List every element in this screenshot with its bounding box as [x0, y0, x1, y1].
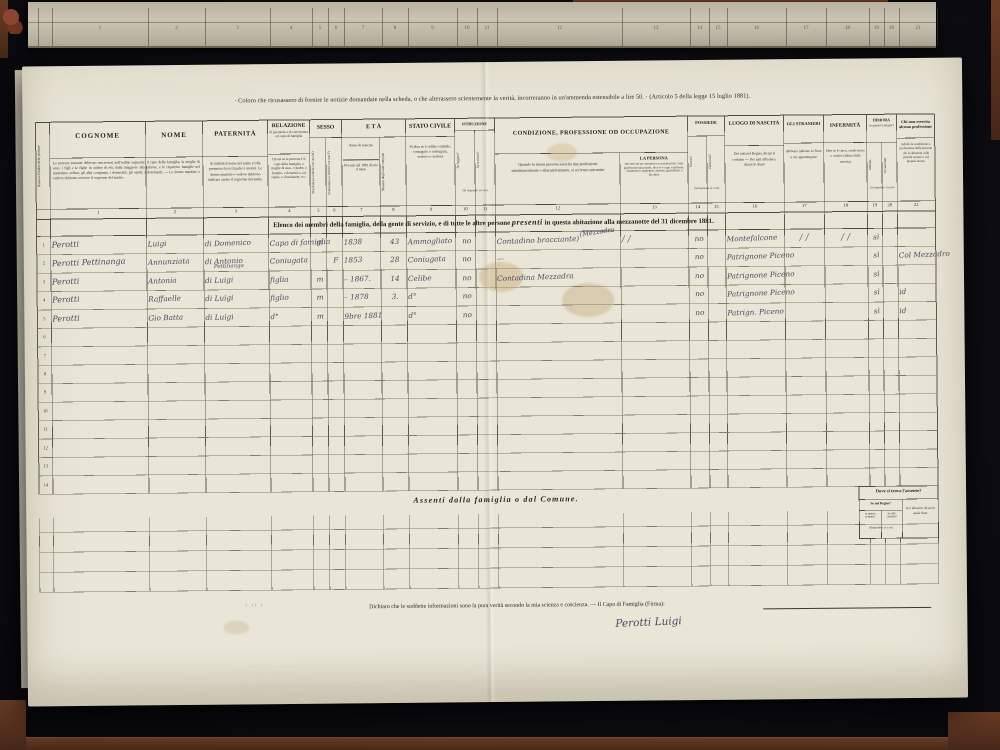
handwritten-entry-nome: Annunziata	[148, 257, 190, 268]
handwritten-entry-anno: – 1867.	[344, 274, 371, 284]
handwritten-entry-nome: Raffaelle	[148, 294, 181, 304]
handwritten-entry-stato: Coniugata	[408, 254, 446, 264]
column-number: 13	[620, 204, 688, 210]
row-number: 9	[38, 390, 52, 395]
handwritten-entry-chi: id	[899, 287, 906, 296]
handwritten-entry-abituale: sì	[868, 232, 883, 242]
wood-edge-right	[991, 0, 1000, 140]
handwritten-entry-cond-sup: (Mezzadro	[579, 225, 615, 238]
strip-column-number: 1	[52, 26, 148, 31]
handwritten-entry-paternita: di Domenico	[205, 238, 252, 249]
wood-corner-bottom-left	[0, 700, 26, 750]
row-number: 1	[37, 242, 51, 247]
handwritten-entry-anno: 1853	[344, 255, 363, 265]
column-number: 12	[495, 205, 620, 211]
handwritten-entry-anni: 43	[381, 236, 407, 246]
row-number: 6	[38, 334, 52, 339]
column-number: 11	[475, 206, 495, 211]
strip-column-number: 12	[497, 26, 622, 31]
column-number: 4	[268, 208, 310, 213]
handwritten-entry-cognome: Perotti	[52, 240, 80, 250]
handwritten-entry-terreni: no	[689, 234, 708, 244]
column-number: 20	[882, 202, 897, 207]
row-number: 11	[38, 427, 52, 432]
handwritten-entry-nome: Luigi	[147, 239, 166, 249]
strip-column-number: 7	[344, 26, 382, 31]
row-number: 3	[37, 279, 51, 284]
column-number: 3	[203, 208, 268, 214]
strip-column-number: 11	[477, 26, 497, 31]
handwritten-entry-paternita-sub: Pettinanga	[214, 263, 244, 270]
handwritten-entry-infermita: ∕∕	[825, 232, 868, 244]
strip-column-number: 13	[622, 26, 690, 31]
column-number: 21	[897, 202, 935, 207]
column-number: 6	[326, 207, 342, 212]
strip-column-number: 6	[328, 26, 344, 31]
handwritten-entry-anno: – 1878	[344, 292, 369, 302]
row-number: 13	[39, 463, 53, 468]
handwritten-entry-relazione: figlia	[270, 275, 289, 285]
wood-edge-bottom	[0, 737, 1000, 750]
column-number: 10	[455, 206, 475, 211]
handwritten-entry-abituale: sì	[869, 287, 884, 297]
handwritten-entry-stato: d°	[408, 310, 417, 319]
handwritten-entry-nome: Antonia	[148, 276, 177, 286]
census-sheet: · Coloro che ricusassero di fornire le n…	[22, 58, 968, 707]
handwritten-entry-abituale: sì	[869, 269, 884, 279]
row-number: 5	[37, 316, 51, 321]
handwritten-entry-persona: ∕∕	[621, 234, 633, 244]
handwritten-entry-terreni: no	[690, 252, 709, 262]
handwritten-entry-chi: Col Mezzadro	[899, 249, 950, 260]
strip-column-number: 10	[457, 26, 477, 31]
handwritten-entry-stato: d°	[408, 292, 417, 301]
strip-column-number: 18	[826, 26, 869, 31]
wood-corner-bottom-right	[948, 712, 1000, 750]
handwritten-entry-anno: 9bre 1881	[344, 310, 382, 320]
handwritten-entry-anni: 3.	[382, 292, 408, 302]
strip-column-number: 5	[312, 26, 328, 31]
row-number: 4	[37, 298, 51, 303]
handwritten-entry-cognome: Perotti	[52, 276, 80, 286]
handwritten-entry-legge: no	[456, 236, 476, 246]
strip-column-number: 21	[899, 26, 937, 31]
handwritten-entry-luogo: Patrignone Piceno	[727, 287, 795, 299]
row-number: 12	[39, 445, 53, 450]
handwritten-entry-paternita: di Luigi	[205, 312, 234, 322]
handwritten-entry-terreni: no	[690, 307, 709, 317]
handwritten-entry-sessoM: m	[312, 311, 328, 321]
strip-column-number: 2	[148, 26, 205, 31]
handwritten-entry-paternita: di Luigi	[205, 293, 234, 303]
strip-rule	[28, 22, 936, 23]
strip-column-number: 19	[869, 26, 884, 31]
handwritten-entry-cognome: Perotti Pettinanga	[52, 257, 126, 269]
column-number: 2	[146, 209, 203, 215]
column-number: 5	[310, 208, 326, 213]
handwritten-entry-relazione: Coniugata	[270, 256, 308, 266]
handwritten-entry-stranieri: ∕∕	[785, 232, 825, 243]
handwritten-entry-legge: no	[457, 254, 477, 264]
strip-column-number: 17	[786, 26, 826, 31]
strip-column-number: 8	[382, 26, 408, 31]
handwritten-entry-anni: 28	[382, 255, 408, 265]
column-number: 8	[380, 207, 406, 212]
column-number: 9	[406, 206, 455, 211]
handwritten-entry-terreni: no	[690, 289, 709, 299]
strip-column-number: 20	[884, 26, 899, 31]
handwritten-entry-cond: Contadina Mezzadra	[497, 271, 574, 283]
handwritten-entry-abituale: sì	[869, 250, 884, 260]
handwritten-entry-paternita: di Luigi	[205, 275, 234, 285]
handwritten-entry-sessoM: m	[312, 274, 328, 284]
handwritten-entry-legge: no	[457, 291, 477, 301]
handwritten-entry-abituale: sì	[869, 306, 884, 316]
handwritten-entry-terreni: no	[690, 271, 709, 281]
row-number: 14	[39, 482, 53, 487]
row-number: 8	[38, 371, 52, 376]
column-number: 7	[342, 207, 380, 212]
handwritten-entry-relazione: d°	[270, 312, 279, 321]
column-number: 18	[824, 202, 867, 207]
upper-sheet-edge-strip: 123456789101112131415161718192021	[28, 2, 936, 48]
handwritten-entry-sessoF: F	[328, 256, 344, 266]
wax-seal-marks	[3, 8, 23, 34]
handwritten-entry-sessoM: m	[312, 293, 328, 303]
strip-column-number: 9	[408, 26, 457, 31]
strip-column-number: 16	[727, 26, 786, 31]
handwritten-entry-luogo: Patrignone Piceno	[727, 251, 795, 263]
handwritten-entry-anni: 14	[382, 273, 408, 283]
row-number: 2	[37, 261, 51, 266]
column-number: 19	[867, 202, 882, 207]
handwritten-entry-cognome: Perotti	[52, 295, 80, 305]
row-number: 10	[38, 408, 52, 413]
handwritten-entry-legge: no	[457, 273, 477, 283]
handwritten-entry-sessoM: m	[311, 237, 327, 247]
strip-cell-line	[38, 8, 39, 46]
handwritten-entry-cond: —	[497, 254, 505, 263]
handwritten-entry-luogo: Montefalcone	[726, 233, 777, 244]
handwritten-entry-luogo: Patrignone Piceno	[727, 269, 795, 281]
column-number: 14	[688, 204, 707, 209]
photographed-census-sheet-scene: { "page": { "warning": "· Coloro che ric…	[0, 0, 1000, 750]
handwritten-entry-anno: 1838	[343, 237, 362, 247]
column-number: 1	[50, 209, 146, 215]
handwritten-entry-stato: Celibe	[408, 273, 432, 283]
column-number: 17	[784, 203, 824, 208]
handwritten-entry-cognome: Perotti	[52, 313, 80, 323]
entries-layer: 1234567891011121314151617181920211Perott…	[22, 58, 968, 707]
handwritten-entry-legge: no	[457, 310, 477, 320]
strip-column-number: 3	[205, 26, 270, 31]
column-number: 16	[725, 203, 784, 209]
handwritten-entry-chi: id	[899, 306, 906, 315]
strip-cell-line	[937, 8, 938, 46]
strip-column-number: 14	[690, 26, 709, 31]
handwritten-entry-nome: Gio Batta	[148, 312, 183, 322]
handwritten-entry-luogo: Patrign. Piceno	[727, 306, 784, 317]
row-number: 7	[38, 353, 52, 358]
strip-column-number: 4	[270, 26, 312, 31]
column-number: 15	[707, 204, 725, 209]
handwritten-entry-relazione: figlio	[270, 293, 289, 303]
handwritten-entry-stato: Ammogliato	[407, 236, 452, 247]
strip-column-number: 15	[709, 26, 727, 31]
handwritten-entry-cond: Contadino bracciante)	[496, 234, 579, 246]
